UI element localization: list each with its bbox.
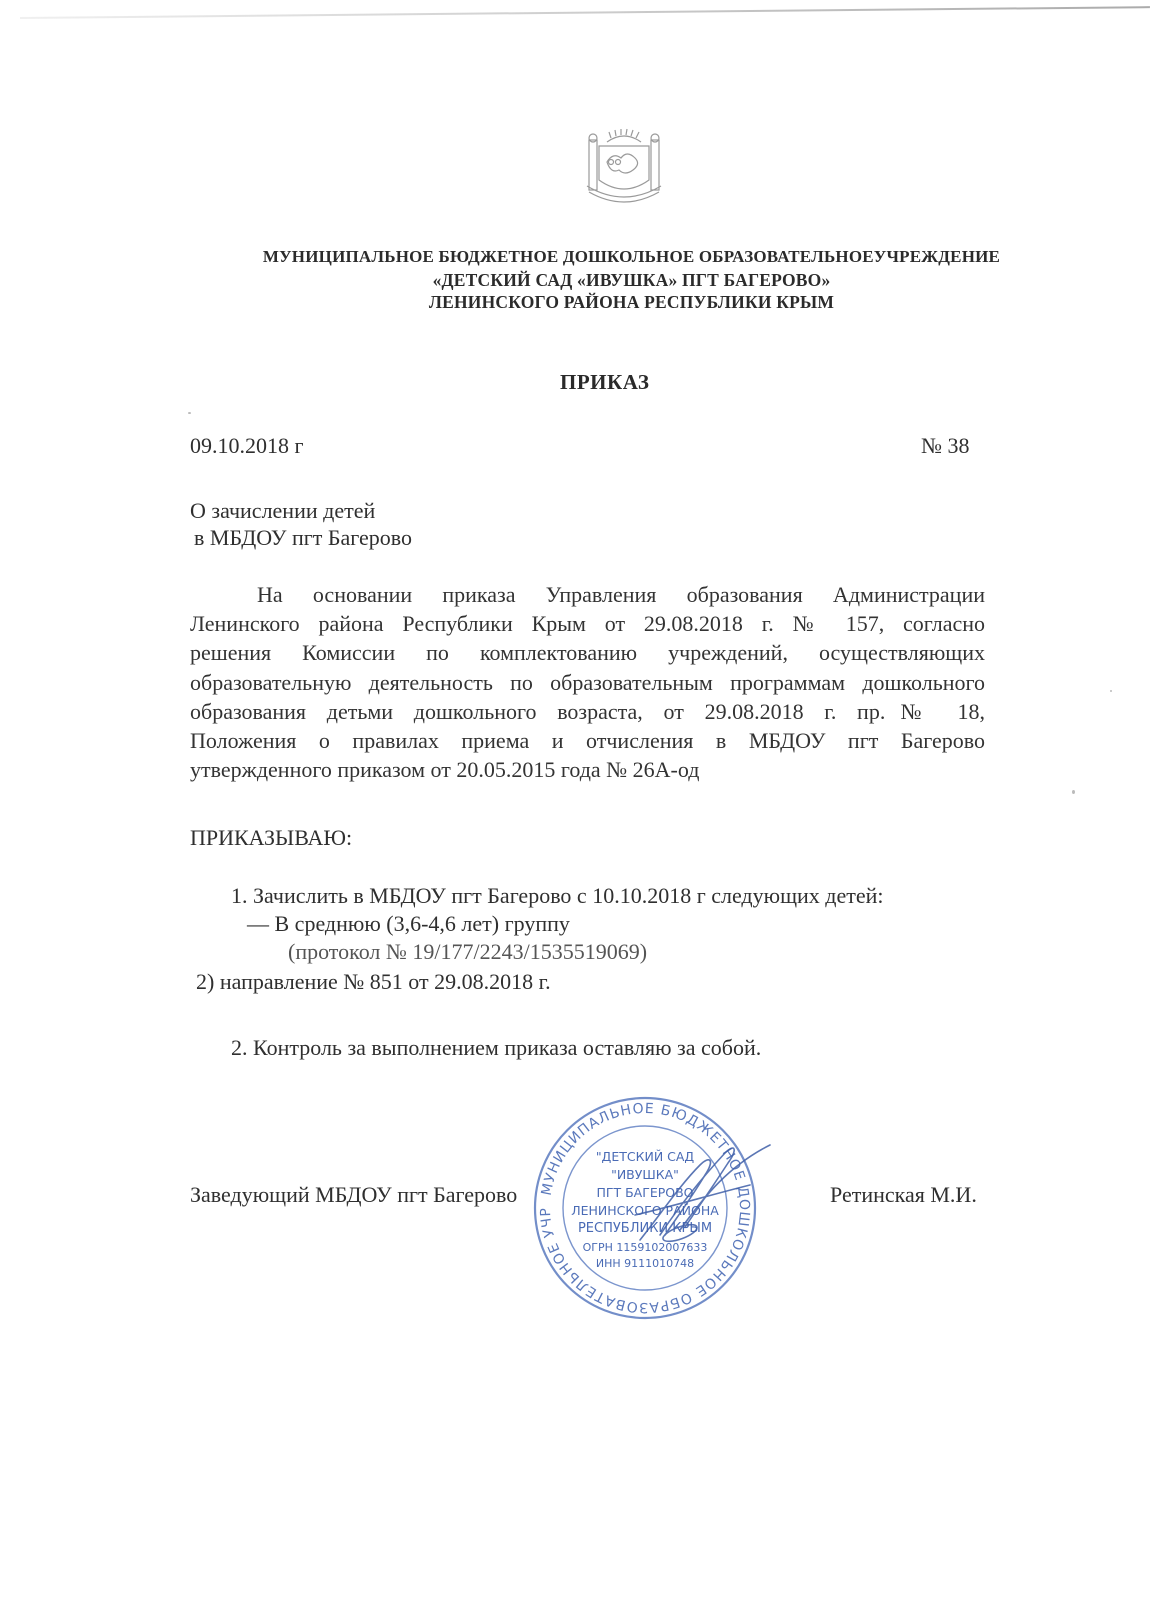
signatory-name: Ретинская М.И. (830, 1179, 977, 1210)
preamble-line: решения Комиссии по комплектованию учреж… (190, 638, 985, 667)
preamble-paragraph: На основании приказа Управления образова… (190, 580, 985, 784)
document-title: ПРИКАЗ (560, 370, 649, 395)
preamble-line: утвержденного приказом от 20.05.2015 год… (190, 755, 985, 784)
preamble-line: Положения о правилах приема и отчисления… (190, 726, 985, 755)
subject-line-2: в МБДОУ пгт Багерово (194, 522, 412, 553)
crimea-coat-of-arms-icon (585, 128, 663, 210)
preamble-line: Ленинского района Республики Крым от 29.… (190, 609, 985, 638)
scan-edge-line (20, 6, 1150, 19)
organization-name-line-1: МУНИЦИПАЛЬНОЕ БЮДЖЕТНОЕ ДОШКОЛЬНОЕ ОБРАЗ… (50, 247, 1163, 267)
order-date: 09.10.2018 г (190, 430, 304, 461)
handwritten-signature (630, 1135, 780, 1255)
preamble-line: На основании приказа Управления образова… (190, 580, 985, 609)
preamble-line: образовательную деятельность по образова… (190, 668, 985, 697)
organization-name-line-2: «ДЕТСКИЙ САД «ИВУШКА» ПГТ БАГЕРОВО» (50, 270, 1163, 291)
order-item-2: 2. Контроль за выполнением приказа остав… (231, 1032, 761, 1063)
organization-name-line-3: ЛЕНИНСКОГО РАЙОНА РЕСПУБЛИКИ КРЫМ (50, 292, 1163, 313)
stamp-line: ИНН 9111010748 (530, 1255, 760, 1272)
order-number: № 38 (921, 430, 970, 461)
order-item-1-group: — В среднюю (3,6-4,6 лет) группу (247, 908, 570, 939)
order-keyword: ПРИКАЗЫВАЮ: (190, 822, 352, 853)
signatory-role: Заведующий МБДОУ пгт Багерово (190, 1179, 517, 1210)
preamble-line: образования детьми дошкольного возраста,… (190, 697, 985, 726)
order-item-1-referral: 2) направление № 851 от 29.08.2018 г. (196, 966, 551, 997)
order-item-1-protocol: (протокол № 19/177/2243/1535519069) (288, 936, 647, 967)
order-item-1: 1. Зачислить в МБДОУ пгт Багерово с 10.1… (231, 880, 884, 911)
